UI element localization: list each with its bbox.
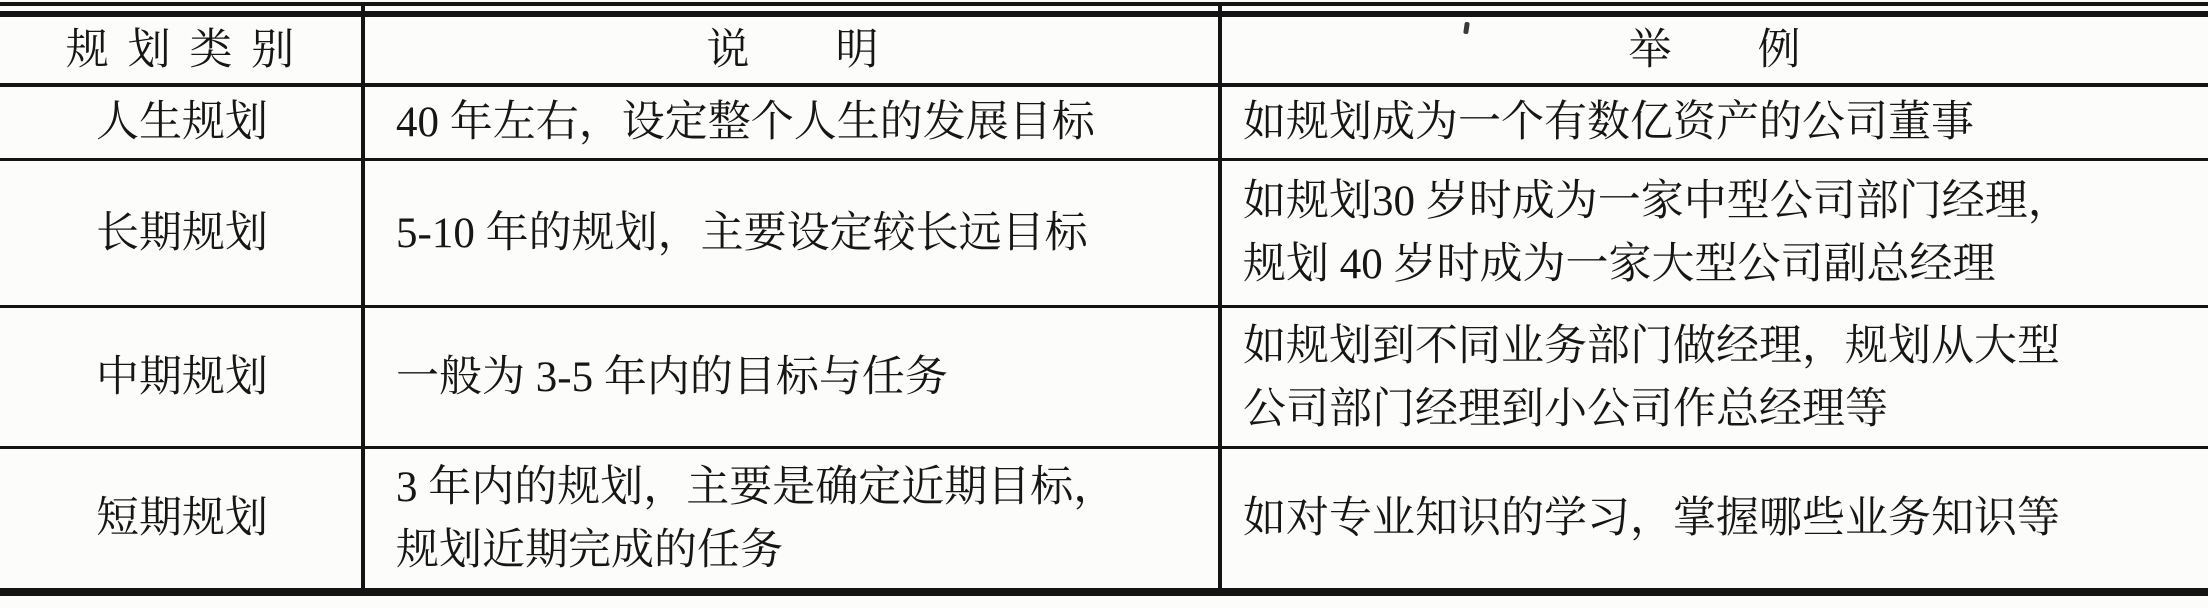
cell-description: 5-10 年的规划，主要设定较长远目标 [364, 161, 1221, 305]
cell-category: 中期规划 [0, 309, 364, 446]
table-row: 长期规划 5-10 年的规划，主要设定较长远目标 如规划30 岁时成为一家中型公… [0, 161, 2208, 305]
table-row: 人生规划 40 年左右，设定整个人生的发展目标 如规划成为一个有数亿资产的公司董… [0, 87, 2208, 158]
cell-example: 如规划30 岁时成为一家中型公司部门经理， 规划 40 岁时成为一家大型公司副总… [1221, 161, 2208, 305]
cell-example: 如规划到不同业务部门做经理，规划从大型 公司部门经理到小公司作总经理等 [1221, 309, 2208, 446]
column-header-example: 举 例 [1221, 17, 2208, 83]
table-bottom-rule [0, 588, 2208, 596]
cell-example: 如规划成为一个有数亿资产的公司董事 [1221, 87, 2208, 158]
scanned-table-page: 规 划 类 别 说 明 举 例 人生规划 40 年左右，设定整个人生的发展目标 … [0, 0, 2208, 608]
table-header-row: 规 划 类 别 说 明 举 例 [0, 17, 2208, 83]
row-separator-rule [0, 305, 2208, 308]
table-row: 中期规划 一般为 3-5 年内的目标与任务 如规划到不同业务部门做经理，规划从大… [0, 309, 2208, 446]
cell-description: 3 年内的规划，主要是确定近期目标， 规划近期完成的任务 [364, 449, 1221, 588]
table-row: 短期规划 3 年内的规划，主要是确定近期目标， 规划近期完成的任务 如对专业知识… [0, 449, 2208, 588]
column-header-category: 规 划 类 别 [0, 17, 364, 83]
cell-category: 长期规划 [0, 161, 364, 305]
table-top-rule-thin [0, 2, 2208, 6]
column-header-description: 说 明 [364, 17, 1221, 83]
cell-category: 短期规划 [0, 449, 364, 588]
cell-category: 人生规划 [0, 87, 364, 158]
cell-description: 40 年左右，设定整个人生的发展目标 [364, 87, 1221, 158]
cell-description: 一般为 3-5 年内的目标与任务 [364, 309, 1221, 446]
cell-example: 如对专业知识的学习，掌握哪些业务知识等 [1221, 449, 2208, 588]
